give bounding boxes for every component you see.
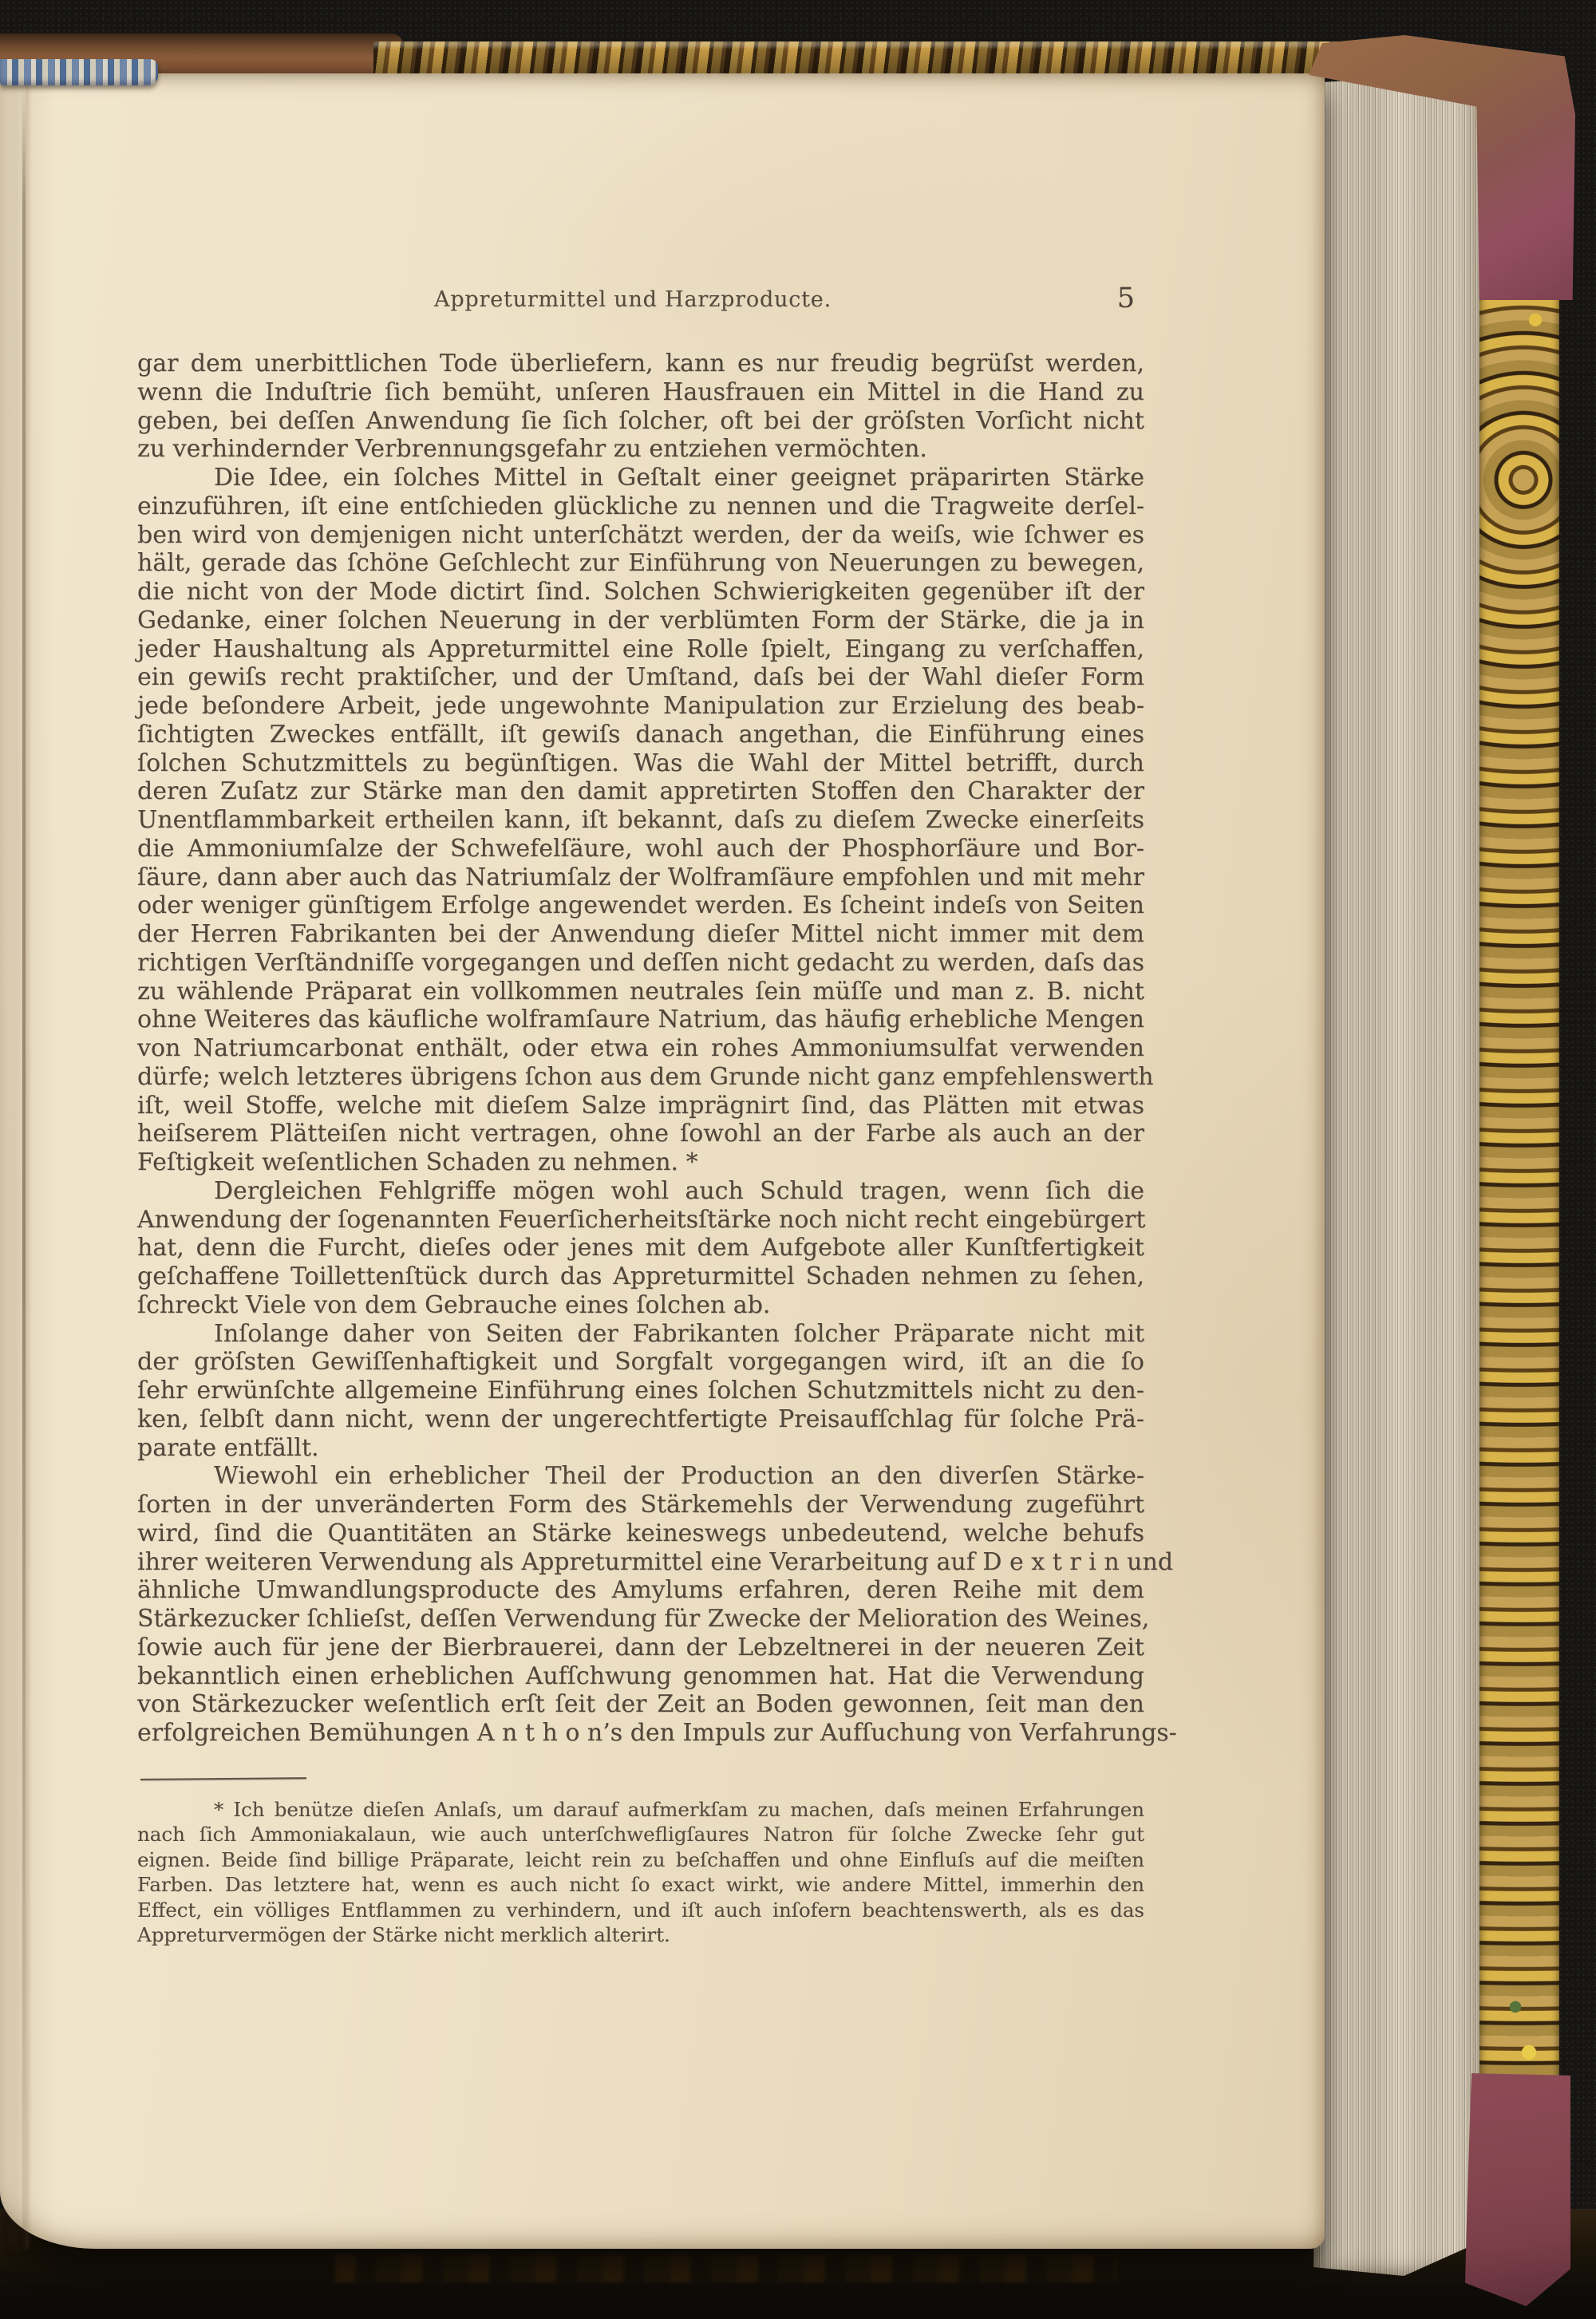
text-line: ein gewiſs recht praktiſcher, und der Um… bbox=[137, 663, 1144, 692]
text-line: * Ich benütze dieſen Anlaſs, um darauf a… bbox=[137, 1797, 1144, 1822]
paragraph: * Ich benütze dieſen Anlaſs, um darauf a… bbox=[137, 1797, 1144, 1947]
text-line: wird, ſind die Quantitäten an Stärke kei… bbox=[137, 1519, 1144, 1548]
leather-corner-bottom-right bbox=[1465, 2073, 1570, 2306]
text-line: erfolgreichen Bemühungen A n t h o n’s d… bbox=[137, 1719, 1144, 1748]
text-line: die Ammoniumſalze der Schwefelſäure, woh… bbox=[137, 835, 1144, 863]
text-line: ähnliche Umwandlungsproducte des Amylums… bbox=[137, 1576, 1144, 1605]
paragraph: Die Idee, ein ſolches Mittel in Geſtalt … bbox=[137, 464, 1144, 1177]
text-line: dürfe; welch letzteres übrigens ſchon au… bbox=[137, 1063, 1144, 1092]
text-line: geſchaffene Toillettenſtück durch das Ap… bbox=[137, 1262, 1144, 1291]
text-line: oder weniger günſtigem Erfolge angewende… bbox=[137, 891, 1144, 920]
text-line: jeder Haushaltung als Appreturmittel ein… bbox=[137, 635, 1144, 664]
text-line: jede beſondere Arbeit, jede ungewohnte M… bbox=[137, 692, 1144, 721]
text-line: nach ſich Ammoniakalaun, wie auch unterſ… bbox=[137, 1822, 1144, 1847]
text-line: heiſserem Plätteiſen nicht vertragen, oh… bbox=[137, 1120, 1144, 1148]
text-line: geben, bei deſſen Anwendung ſie ſich ſol… bbox=[137, 407, 1144, 436]
text-line: Wiewohl ein erheblicher Theil der Produc… bbox=[137, 1462, 1144, 1491]
paragraph: Inſolange daher von Seiten der Fabrikant… bbox=[137, 1320, 1144, 1463]
text-line: Unentflammbarkeit ertheilen kann, iſt be… bbox=[137, 806, 1144, 835]
text-line: ſehr erwünſchte allgemeine Einführung ei… bbox=[137, 1377, 1144, 1405]
cover-marble-bottom-edge bbox=[335, 2255, 1117, 2282]
footnote-separator bbox=[140, 1777, 306, 1780]
footnote-text: * Ich benütze dieſen Anlaſs, um darauf a… bbox=[137, 1797, 1144, 1947]
scanned-book-photo: Appreturmittel und Harzproducte. 5 gar d… bbox=[0, 0, 1596, 2319]
text-line: ſäure, dann aber auch das Natriumſalz de… bbox=[137, 863, 1144, 892]
text-line: ſichtigten Zweckes entfällt, iſt gewiſs … bbox=[137, 721, 1144, 749]
text-line: Anwendung der ſogenannten Feuerſicherhei… bbox=[137, 1206, 1144, 1235]
endband bbox=[0, 59, 158, 85]
text-line: Appreturvermögen der Stärke nicht merkli… bbox=[137, 1922, 1144, 1947]
text-line: von Stärkezucker weſentlich erſt ſeit de… bbox=[137, 1690, 1144, 1719]
text-line: ſorten in der unveränderten Form des Stä… bbox=[137, 1491, 1144, 1519]
text-line: wenn die Induſtrie ſich bemüht, unſeren … bbox=[137, 378, 1144, 407]
text-line: ken, ſelbſt dann nicht, wenn der ungerec… bbox=[137, 1405, 1144, 1434]
cover-marble-right bbox=[1479, 262, 1559, 2080]
text-line: zu wählende Präparat ein vollkommen neut… bbox=[137, 978, 1144, 1006]
text-line: ſolchen Schutzmittels zu begünſtigen. Wa… bbox=[137, 749, 1144, 778]
text-line: Effect, ein völliges Entflammen zu verhi… bbox=[137, 1898, 1144, 1922]
body-text: gar dem unerbittlichen Tode überliefern,… bbox=[137, 350, 1144, 1748]
text-line: einzuführen, iſt eine entſchieden glückl… bbox=[137, 492, 1144, 521]
text-line: Dergleichen Fehlgriffe mögen wohl auch S… bbox=[137, 1177, 1144, 1206]
text-line: Die Idee, ein ſolches Mittel in Geſtalt … bbox=[137, 464, 1144, 492]
text-line: zu verhindernder Verbrennungsgefahr zu e… bbox=[137, 435, 1144, 464]
text-line: ſchreckt Viele von dem Gebrauche eines ſ… bbox=[137, 1291, 1144, 1320]
running-header: Appreturmittel und Harzproducte. bbox=[131, 287, 1135, 312]
text-line: eignen. Beide ſind billige Präparate, le… bbox=[137, 1847, 1144, 1872]
text-line: deren Zuſatz zur Stärke man den damit ap… bbox=[137, 777, 1144, 806]
text-line: der gröſsten Gewiſſenhaftigkeit und Sorg… bbox=[137, 1348, 1144, 1377]
text-line: Farben. Das letztere hat, wenn es auch n… bbox=[137, 1872, 1144, 1897]
paragraph: Dergleichen Fehlgriffe mögen wohl auch S… bbox=[137, 1177, 1144, 1320]
text-line: hält, gerade das ſchöne Geſchlecht zur E… bbox=[137, 549, 1144, 578]
book-page: Appreturmittel und Harzproducte. 5 gar d… bbox=[0, 73, 1325, 2249]
paragraph: Wiewohl ein erheblicher Theil der Produc… bbox=[137, 1462, 1144, 1748]
text-line: Inſolange daher von Seiten der Fabrikant… bbox=[137, 1320, 1144, 1349]
text-line: Feſtigkeit weſentlichen Schaden zu nehme… bbox=[137, 1148, 1144, 1177]
text-line: hat, denn die Furcht, dieſes oder jenes … bbox=[137, 1234, 1144, 1262]
text-line: iſt, weil Stoffe, welche mit dieſem Salz… bbox=[137, 1092, 1144, 1120]
text-line: Stärkezucker ſchlieſst, deſſen Verwendun… bbox=[137, 1605, 1144, 1634]
text-line: ohne Weiteres das käufliche wolframſaure… bbox=[137, 1005, 1144, 1034]
text-line: die nicht von der Mode dictirt ſind. Sol… bbox=[137, 578, 1144, 606]
paragraph: gar dem unerbittlichen Tode überliefern,… bbox=[137, 350, 1144, 464]
text-line: der Herren Fabrikanten bei der Anwendung… bbox=[137, 920, 1144, 949]
page-fore-edge bbox=[1314, 75, 1487, 2276]
page-header: Appreturmittel und Harzproducte. 5 bbox=[142, 287, 1146, 322]
text-line: Gedanke, einer ſolchen Neuerung in der v… bbox=[137, 606, 1144, 635]
page-number: 5 bbox=[1117, 282, 1135, 314]
text-line: ſowie auch für jene der Bierbrauerei, da… bbox=[137, 1634, 1144, 1662]
text-line: ben wird von demjenigen nicht unterſchät… bbox=[137, 521, 1144, 550]
text-line: bekanntlich einen erheblichen Aufſchwung… bbox=[137, 1662, 1144, 1691]
text-line: gar dem unerbittlichen Tode überliefern,… bbox=[137, 350, 1144, 378]
text-line: von Natriumcarbonat enthält, oder etwa e… bbox=[137, 1034, 1144, 1063]
text-line: richtigen Verſtändniſſe vorgegangen und … bbox=[137, 949, 1144, 978]
text-line: ihrer weiteren Verwendung als Appreturmi… bbox=[137, 1548, 1144, 1577]
text-line: parate entfällt. bbox=[137, 1434, 1144, 1463]
